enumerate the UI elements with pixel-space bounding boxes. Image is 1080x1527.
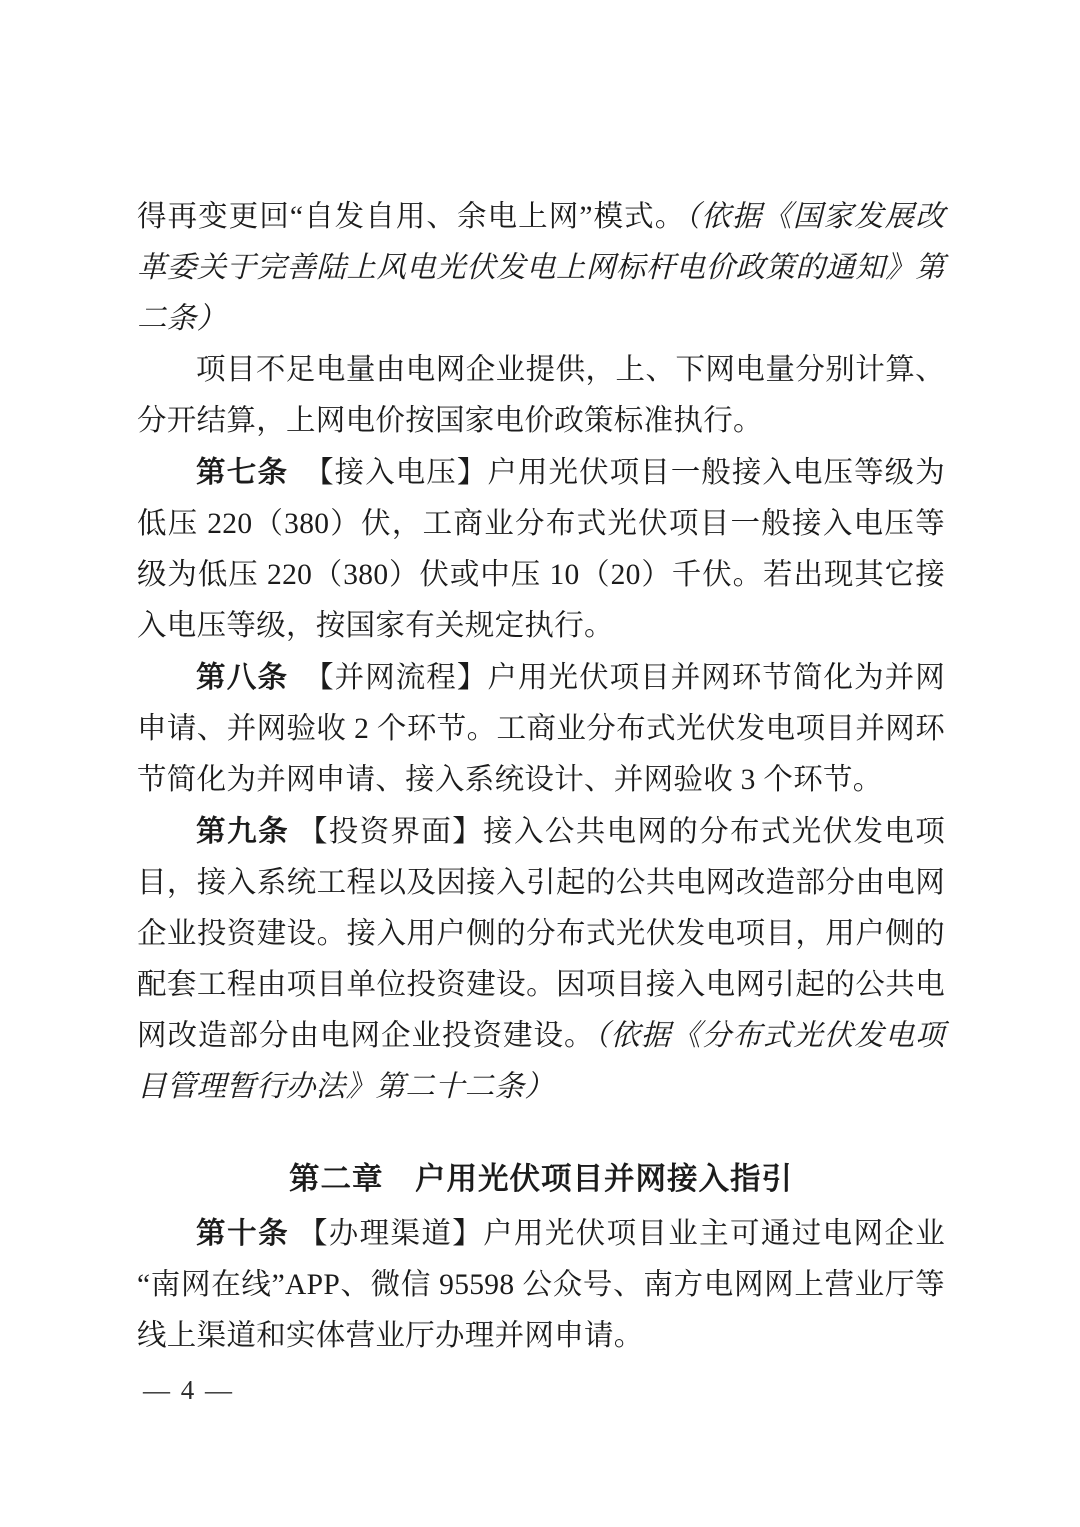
article-number-label: 第八条 — [196, 661, 288, 694]
body-text-run: 【投资界面】接入公共电网的分布式光伏发电项目，接入系统工程以及因接入引起的公共电… — [137, 816, 945, 1052]
chapter-heading: 第二章 户用光伏项目并网接入指引 — [137, 1154, 945, 1205]
article-number-label: 第七条 — [196, 456, 288, 489]
body-paragraph: 第九条 【投资界面】接入公共电网的分布式光伏发电项目，接入系统工程以及因接入引起… — [137, 806, 945, 1113]
article-number-label: 第九条 — [196, 815, 289, 848]
page-number: — 4 — — [143, 1374, 234, 1406]
body-text-run: 项目不足电量由电网企业提供，上、下网电量分别计算、分开结算，上网电价按国家电价政… — [137, 354, 945, 437]
article-number-label: 第十条 — [196, 1217, 289, 1250]
body-text-run: 得再变更回“自发自用、余电上网”模式。 — [137, 201, 685, 233]
body-paragraph: 第七条 【接入电压】户用光伏项目一般接入电压等级为低压 220（380）伏，工商… — [137, 447, 945, 652]
body-paragraph: 得再变更回“自发自用、余电上网”模式。（依据《国家发展改革委关于完善陆上风电光伏… — [137, 192, 945, 345]
body-paragraph: 项目不足电量由电网企业提供，上、下网电量分别计算、分开结算，上网电价按国家电价政… — [137, 345, 945, 447]
body-paragraph: 第八条 【并网流程】户用光伏项目并网环节简化为并网申请、并网验收 2 个环节。工… — [137, 652, 945, 806]
document-page: 得再变更回“自发自用、余电上网”模式。（依据《国家发展改革委关于完善陆上风电光伏… — [0, 0, 1080, 1527]
document-body: 得再变更回“自发自用、余电上网”模式。（依据《国家发展改革委关于完善陆上风电光伏… — [137, 192, 945, 1362]
body-paragraph: 第十条 【办理渠道】户用光伏项目业主可通过电网企业“南网在线”APP、微信 95… — [137, 1208, 945, 1362]
